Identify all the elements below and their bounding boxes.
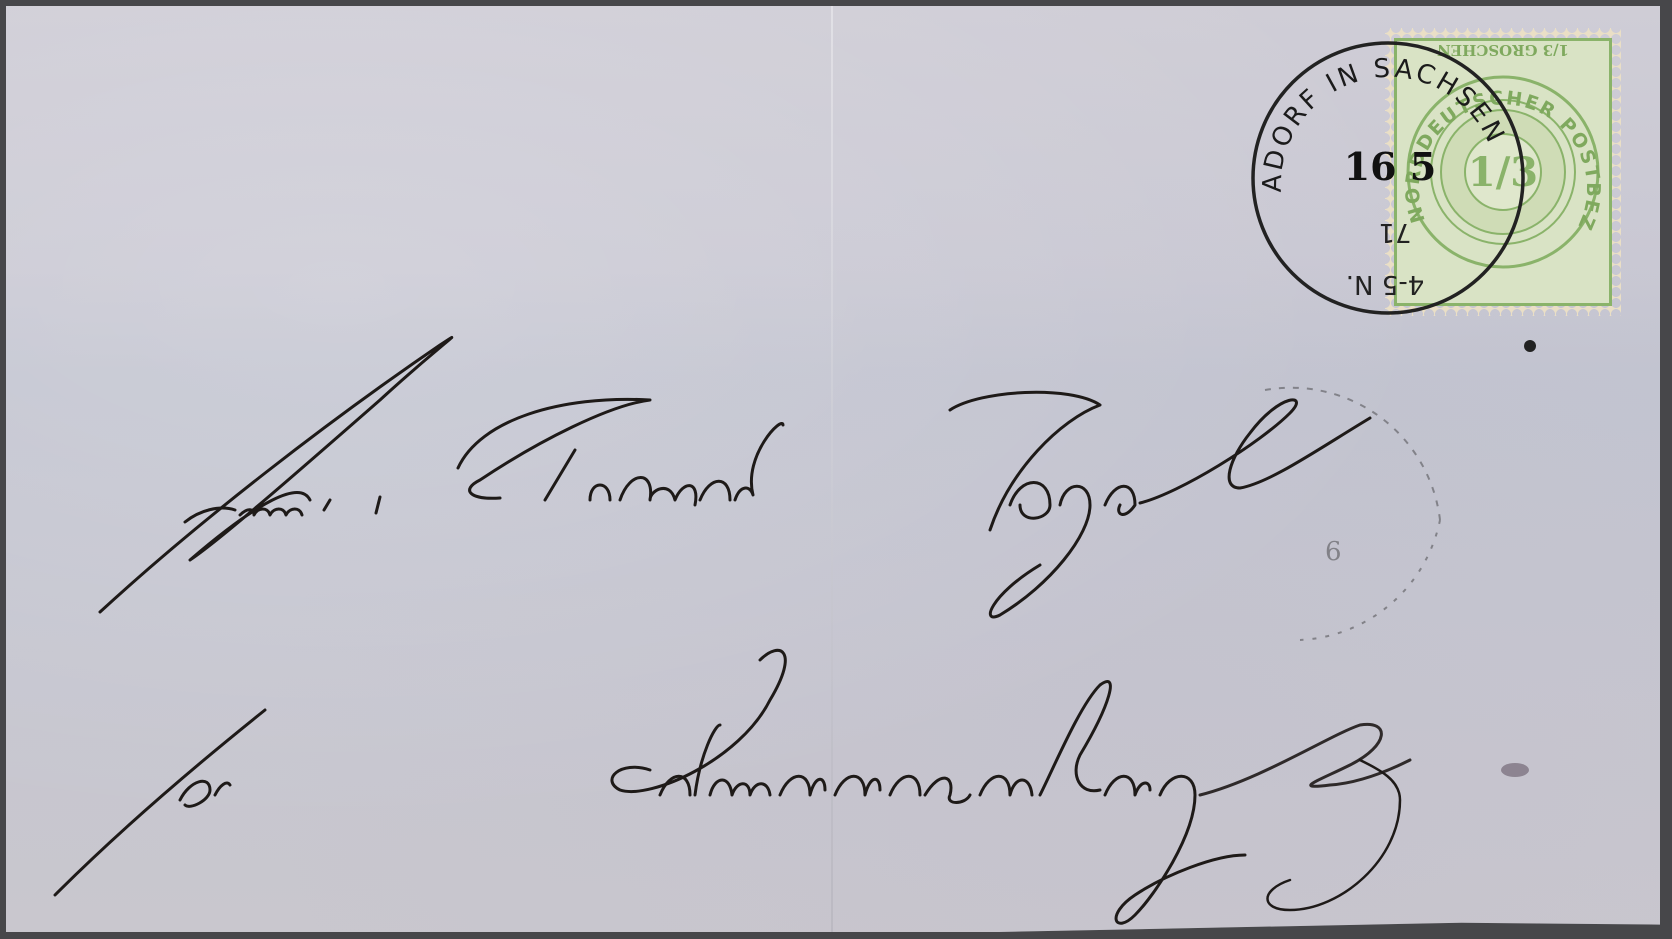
svg-text:71: 71	[1378, 217, 1411, 247]
svg-text:1/3 GROSCHEN: 1/3 GROSCHEN	[1437, 41, 1569, 59]
svg-text:4-5 N.: 4-5 N.	[1346, 269, 1424, 299]
handwriting-line-1	[100, 337, 1370, 617]
svg-text:1/3: 1/3	[1468, 149, 1538, 196]
svg-text:6: 6	[1325, 537, 1342, 567]
ink-smudge-icon	[1501, 763, 1529, 777]
svg-text:16 5: 16 5	[1344, 144, 1437, 189]
svg-text:NORDDEUTSCHER POSTBEZIRK: NORDDEUTSCHER POSTBEZIRK	[0, 0, 1604, 235]
handwriting-line-2	[55, 650, 1410, 923]
faint-backstamp-icon: 6	[1265, 388, 1440, 640]
artwork-layer: 1/3 NORDDEUTSCHER POSTBEZIRK 1/3 GROSCHE…	[0, 0, 1672, 939]
stamp-ornament-icon: 1/3 NORDDEUTSCHER POSTBEZIRK 1/3 GROSCHE…	[0, 0, 1604, 267]
